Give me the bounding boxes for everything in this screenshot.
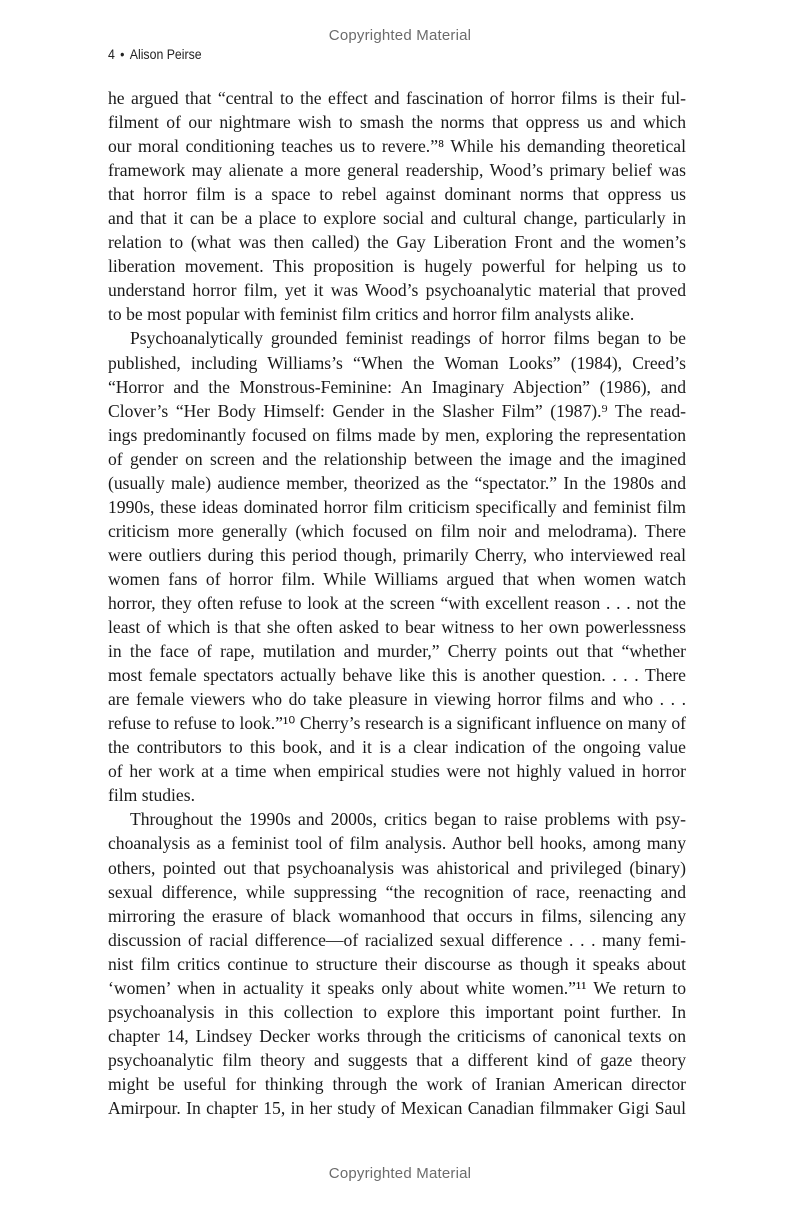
- body-text: he argued that “central to the effect an…: [108, 86, 686, 1120]
- text-line: might be useful for thinking through the…: [108, 1072, 686, 1096]
- text-line: relation to (what was then called) the G…: [108, 230, 686, 254]
- text-line: women fans of horror film. While William…: [108, 567, 686, 591]
- text-line: 1990s, these ideas dominated horror film…: [108, 495, 686, 519]
- copyright-watermark-top: Copyrighted Material: [0, 27, 800, 44]
- text-line: “Horror and the Monstrous-Feminine: An I…: [108, 375, 686, 399]
- running-head-author: Alison Peirse: [130, 46, 202, 62]
- text-line: choanalysis as a feminist tool of film a…: [108, 831, 686, 855]
- text-line: least of which is that she often asked t…: [108, 615, 686, 639]
- text-line: he argued that “central to the effect an…: [108, 86, 686, 110]
- text-line: of her work at a time when empirical stu…: [108, 759, 686, 783]
- text-line: of gender on screen and the relationship…: [108, 447, 686, 471]
- text-line: were outliers during this period though,…: [108, 543, 686, 567]
- text-line: published, including Williams’s “When th…: [108, 351, 686, 375]
- text-line: sexual difference, while suppressing “th…: [108, 880, 686, 904]
- text-line: that horror film is a space to rebel aga…: [108, 182, 686, 206]
- text-line: the contributors to this book, and it is…: [108, 735, 686, 759]
- text-line: Clover’s “Her Body Himself: Gender in th…: [108, 399, 686, 423]
- text-line: to be most popular with feminist film cr…: [108, 302, 686, 326]
- paragraph-1: he argued that “central to the effect an…: [108, 86, 686, 326]
- text-line: ings predominantly focused on films made…: [108, 423, 686, 447]
- text-line: filment of our nightmare wish to smash t…: [108, 110, 686, 134]
- text-line: psychoanalytic film theory and suggests …: [108, 1048, 686, 1072]
- text-line: most female spectators actually behave l…: [108, 663, 686, 687]
- text-line: chapter 14, Lindsey Decker works through…: [108, 1024, 686, 1048]
- text-line: mirroring the erasure of black womanhood…: [108, 904, 686, 928]
- text-line: framework may alienate a more general re…: [108, 158, 686, 182]
- text-line: Amirpour. In chapter 15, in her study of…: [108, 1096, 686, 1120]
- text-line: nist film critics continue to structure …: [108, 952, 686, 976]
- text-line: in the face of rape, mutilation and murd…: [108, 639, 686, 663]
- copyright-watermark-bottom: Copyrighted Material: [0, 1165, 800, 1182]
- text-line: our moral conditioning teaches us to rev…: [108, 134, 686, 158]
- text-line: Psychoanalytically grounded feminist rea…: [108, 326, 686, 350]
- text-line: liberation movement. This proposition is…: [108, 254, 686, 278]
- text-line: film studies.: [108, 783, 686, 807]
- bullet-separator: •: [120, 46, 124, 62]
- text-line: and that it can be a place to explore so…: [108, 206, 686, 230]
- text-line: discussion of racial difference—of racia…: [108, 928, 686, 952]
- text-line: others, pointed out that psychoanalysis …: [108, 856, 686, 880]
- text-line: (usually male) audience member, theorize…: [108, 471, 686, 495]
- text-line: understand horror film, yet it was Wood’…: [108, 278, 686, 302]
- page-number: 4: [108, 46, 115, 62]
- text-line: refuse to refuse to look.”¹⁰ Cherry’s re…: [108, 711, 686, 735]
- text-line: ‘women’ when in actuality it speaks only…: [108, 976, 686, 1000]
- paragraph-2: Psychoanalytically grounded feminist rea…: [108, 326, 686, 807]
- text-line: Throughout the 1990s and 2000s, critics …: [108, 807, 686, 831]
- paragraph-3: Throughout the 1990s and 2000s, critics …: [108, 807, 686, 1120]
- running-head: 4•Alison Peirse: [108, 46, 202, 62]
- text-line: are female viewers who do take pleasure …: [108, 687, 686, 711]
- text-line: criticism more generally (which focused …: [108, 519, 686, 543]
- text-line: psychoanalysis in this collection to exp…: [108, 1000, 686, 1024]
- text-line: horror, they often refuse to look at the…: [108, 591, 686, 615]
